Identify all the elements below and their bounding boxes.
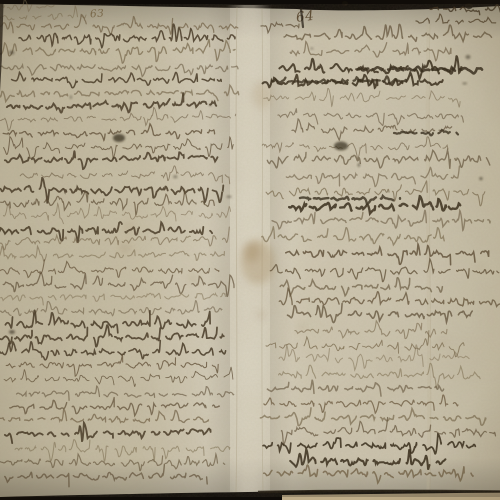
manuscript-spread: 63 64 xyxy=(0,0,500,500)
photo-vignette xyxy=(0,0,500,500)
manuscript-photo: 63 64 xyxy=(0,0,500,500)
